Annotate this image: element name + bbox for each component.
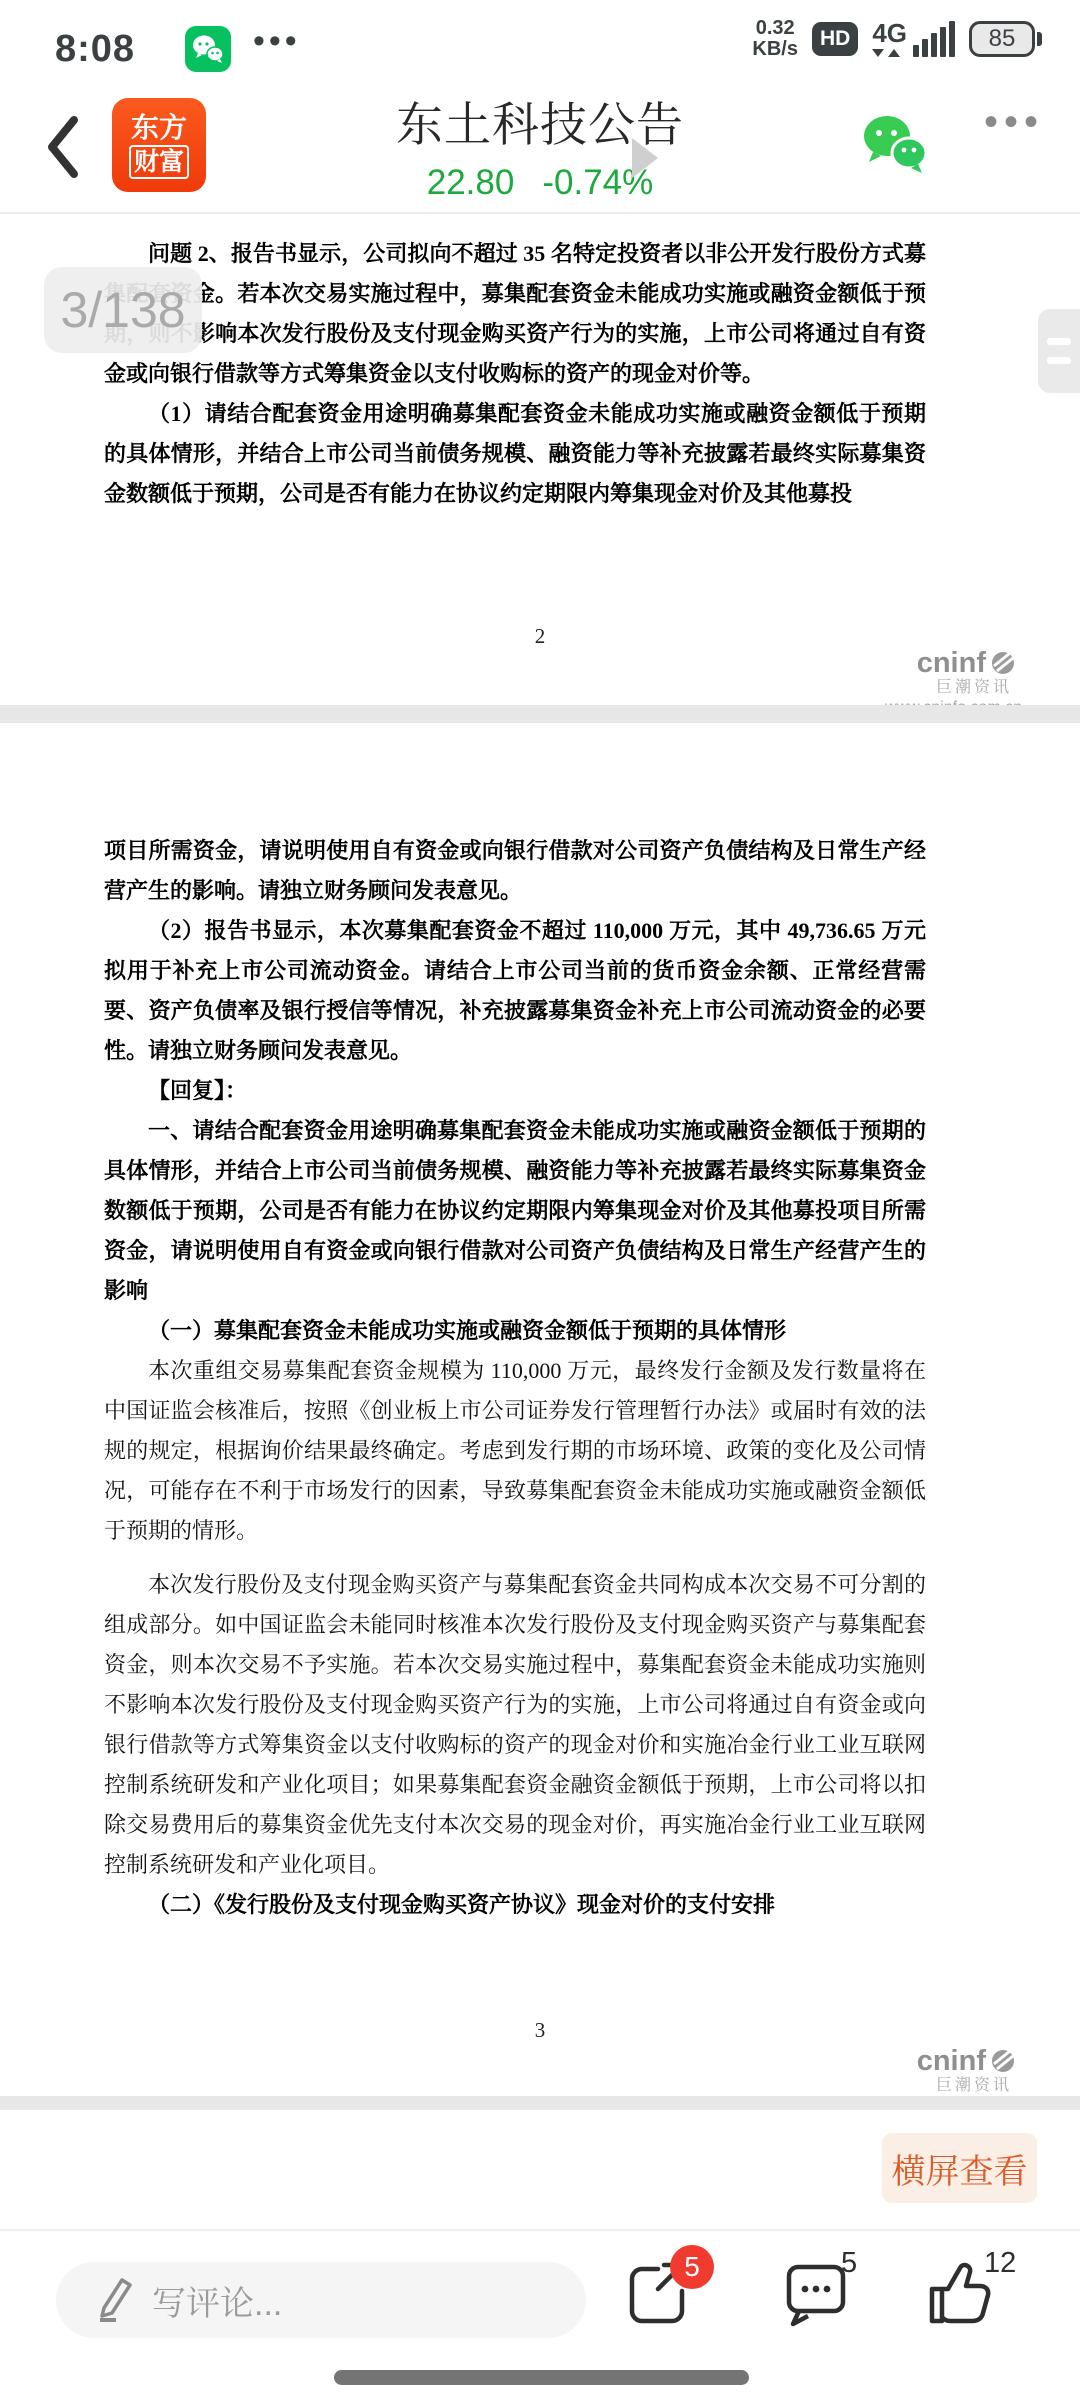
page-title: 东土科技公告: [300, 88, 780, 155]
cninfo-brand-row: cninf: [822, 648, 1022, 678]
clock: 8:08: [55, 28, 135, 71]
like-button[interactable]: 12: [926, 2259, 994, 2334]
battery-percent: 85: [969, 21, 1035, 57]
data-activity-arrows-icon: [872, 49, 907, 57]
comment-input[interactable]: 写评论...: [56, 2262, 586, 2338]
comment-bubble-icon: [783, 2259, 849, 2329]
scrollbar-handle[interactable]: [1038, 309, 1080, 393]
status-overflow-dots: •••: [253, 22, 301, 61]
eastmoney-logo-line2: 财富: [129, 145, 189, 179]
app-screen: 8:08 ••• 0.32 KB/s HD 4G: [0, 0, 1080, 2400]
share-button[interactable]: 5: [624, 2259, 690, 2334]
cninfo-agency-name: 巨潮资讯: [822, 678, 1022, 698]
paragraph: （一）募集配套资金未能成功实施或融资金额低于预期的具体情形: [104, 1311, 926, 1351]
pdf-page-3-text: 项目所需资金，请说明使用自有资金或向银行借款对公司资产负债结构及日常生产经营产生…: [104, 831, 926, 1925]
page-separator: [0, 705, 1080, 723]
network-speed-unit: KB/s: [752, 39, 798, 60]
expand-triangle-icon[interactable]: [632, 138, 658, 178]
battery-icon: 85: [969, 21, 1042, 57]
title-block[interactable]: 东土科技公告 22.80 -0.74%: [300, 88, 780, 203]
title-bar: 东方 财富 东土科技公告 22.80 -0.74% •••: [0, 80, 1080, 214]
eastmoney-logo[interactable]: 东方 财富: [112, 98, 206, 192]
back-button[interactable]: [34, 102, 90, 192]
paragraph: 项目所需资金，请说明使用自有资金或向银行借款对公司资产负债结构及日常生产经营产生…: [104, 831, 926, 911]
landscape-view-button[interactable]: 横屏查看: [882, 2133, 1037, 2203]
wechat-icon: [860, 112, 930, 176]
cninfo-brand-text: cninf: [917, 648, 986, 678]
comment-count: 5: [841, 2247, 857, 2280]
page-number-3: 3: [0, 2018, 1080, 2043]
network-type-label: 4G: [872, 21, 907, 45]
page-position-badge: 3/138: [44, 267, 202, 353]
paragraph: 本次发行股份及支付现金购买资产与募集配套资金共同构成本次交易不可分割的组成部分。…: [104, 1565, 926, 1885]
comment-placeholder: 写评论...: [152, 2276, 282, 2325]
eastmoney-logo-line1: 东方: [131, 111, 187, 145]
paragraph: 问题 2、报告书显示，公司拟向不超过 35 名特定投资者以非公开发行股份方式募集…: [104, 234, 926, 394]
page-separator: [0, 2096, 1080, 2110]
cellular-signal-icon: 4G: [872, 21, 955, 57]
signal-bars-icon: [913, 21, 955, 57]
network-speed-value: 0.32: [752, 18, 798, 39]
landscape-strip: 横屏查看: [0, 2110, 1080, 2231]
paragraph: （2）报告书显示，本次募集配套资金不超过 110,000 万元，其中 49,73…: [104, 911, 926, 1071]
cninfo-agency-name: 巨潮资讯: [822, 2076, 1022, 2096]
page-number-2: 2: [0, 624, 1080, 649]
home-indicator[interactable]: [334, 2370, 749, 2385]
paragraph: 一、请结合配套资金用途明确募集配套资金未能成功实施或融资金额低于预期的具体情形，…: [104, 1111, 926, 1311]
pdf-page-3[interactable]: 项目所需资金，请说明使用自有资金或向银行借款对公司资产负债结构及日常生产经营产生…: [0, 723, 1080, 2096]
stock-price: 22.80: [427, 163, 515, 203]
wechat-share-button[interactable]: [860, 112, 930, 176]
stock-quote: 22.80 -0.74%: [300, 163, 780, 203]
cninfo-brand-text: cninf: [917, 2046, 986, 2076]
wechat-bubbles-glyph: [191, 34, 225, 64]
pdf-page-2-text: 问题 2、报告书显示，公司拟向不超过 35 名特定投资者以非公开发行股份方式募集…: [104, 234, 926, 514]
comments-button[interactable]: 5: [783, 2259, 849, 2334]
wechat-notification-icon: [185, 26, 231, 72]
paragraph: 【回复】：: [104, 1071, 926, 1111]
share-badge: 5: [670, 2245, 714, 2289]
paragraph: （1）请结合配套资金用途明确募集配套资金未能成功实施或融资金额低于预期的具体情形…: [104, 394, 926, 514]
pencil-icon: [92, 2274, 136, 2326]
hd-voice-icon: HD: [812, 22, 858, 56]
cninfo-brand-row: cninf: [822, 2046, 1022, 2076]
network-speed: 0.32 KB/s: [752, 18, 798, 60]
like-count: 12: [984, 2247, 1016, 2280]
paragraph: 本次重组交易募集配套资金规模为 110,000 万元，最终发行金额及发行数量将在…: [104, 1351, 926, 1551]
paragraph: （二）《发行股份及支付现金购买资产协议》现金对价的支付安排: [104, 1885, 926, 1925]
cninfo-swirl-icon: [990, 2048, 1016, 2074]
status-bar: 8:08 ••• 0.32 KB/s HD 4G: [0, 0, 1080, 80]
more-menu-button[interactable]: •••: [984, 100, 1044, 145]
status-right-cluster: 0.32 KB/s HD 4G 85: [752, 18, 1042, 60]
battery-nub: [1037, 32, 1042, 46]
chevron-left-icon: [44, 116, 80, 178]
cninfo-swirl-icon: [990, 650, 1016, 676]
